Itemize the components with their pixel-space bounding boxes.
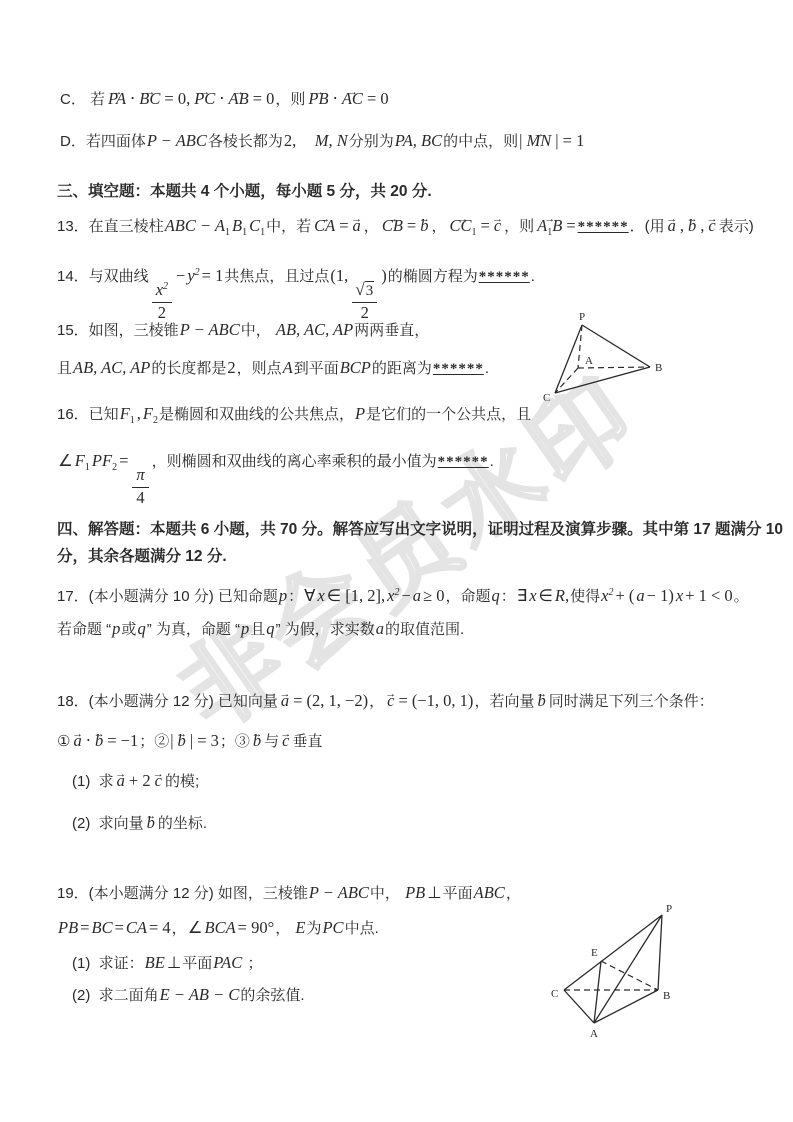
math-run: BCP — [340, 358, 371, 377]
text-run: D．若四面体 — [60, 133, 146, 150]
text-run: ： — [288, 588, 303, 605]
vertex-label-A: A — [590, 1028, 598, 1040]
text-run: 为 — [306, 920, 321, 937]
math-run: BC — [91, 918, 112, 937]
text-run: 同时满足下列三个条件： — [549, 693, 714, 710]
option-c-line: C． 若PA⋅BC= 0,PC⋅AB= 0，则PB⋅AC= 0 — [60, 88, 390, 111]
text-run: ， — [369, 693, 384, 710]
blank-answer-stars: ****** — [578, 219, 629, 235]
vector-with-arrow: c — [154, 770, 163, 792]
text-run: 13．在直三棱柱 — [57, 218, 164, 235]
figure-q19-tetrahedron: P E C B A — [545, 895, 705, 1045]
math-run: R, — [555, 586, 569, 605]
q18-part2-line: (2) 求向量b的坐标. — [72, 812, 207, 835]
text-run: ， — [275, 920, 294, 937]
vertex-label-P: P — [579, 311, 585, 323]
text-run: 的余弦值. — [240, 987, 304, 1004]
text-run: ；② — [139, 733, 169, 750]
vector-with-arrow: b — [252, 730, 262, 752]
fraction-numerator: π — [132, 466, 148, 487]
math-run: PB — [405, 883, 425, 902]
vector-with-arrow: A1B — [536, 215, 563, 237]
math-run: = — [80, 918, 89, 937]
edge-PC — [555, 325, 582, 393]
math-run: ⋅ — [219, 89, 224, 108]
math-run: P − ABC — [147, 131, 207, 150]
math-run: ≥ 0 — [423, 586, 444, 605]
text-run: 分别为 — [349, 133, 394, 150]
vector-with-arrow: a — [280, 690, 290, 712]
text-run: ” 为假，求实数 — [276, 621, 375, 638]
vertex-label-A: A — [585, 355, 593, 367]
vertex-label-B: B — [663, 990, 670, 1002]
vector-with-arrow: a — [72, 730, 82, 752]
option-d-line: D．若四面体P − ABC各棱长都为2, M, N分别为PA, BC的中点，则|… — [60, 130, 585, 153]
vector-with-arrow: b — [419, 215, 429, 237]
text-run: . — [490, 453, 494, 470]
vertex-label-C: C — [543, 392, 550, 404]
fraction-denominator: 4 — [135, 488, 145, 508]
section4-heading-1: 四、解答题：本题共 6 小题，共 70 分。解答应写出文字说明，证明过程及演算步… — [57, 519, 783, 541]
text-run: ，若向量 — [474, 693, 534, 710]
q16-line-2: ∠F1PF2=π4，则椭圆和双曲线的离心率乘积的最小值为******. — [57, 450, 494, 508]
math-run: x2 — [387, 586, 399, 605]
vector-with-arrow: a — [667, 215, 677, 237]
text-run: 的长度都是 — [151, 360, 226, 377]
text-run: (1) 求 — [72, 773, 114, 790]
math-run: M, N — [315, 131, 348, 150]
math-run: = — [407, 216, 416, 235]
text-run: 18．(本小题满分 12 分) 已知向量 — [57, 693, 278, 710]
math-run: = 1 — [202, 266, 224, 285]
vector-with-arrow: PA — [107, 88, 127, 110]
text-run: 19．(本小题满分 12 分) 如图，三棱锥 — [57, 885, 308, 902]
section3-heading: 三、填空题：本题共 4 个小题，每小题 5 分，共 20 分. — [57, 181, 432, 203]
text-run: 使得 — [570, 588, 600, 605]
math-run: C1 — [249, 216, 265, 235]
vector-with-arrow: PC — [193, 88, 216, 110]
q18-part1-line: (1) 求a+ 2c的模; — [72, 770, 199, 793]
text-run: 中，若 — [266, 218, 311, 235]
math-run: PF2 — [92, 451, 117, 470]
text-run: 的取值范围. — [385, 621, 464, 638]
q19-line-2: PB=BC=CA= 4，∠BCA= 90°， E为PC中点. — [57, 917, 379, 940]
edge-PB — [658, 915, 662, 990]
fraction: π4 — [132, 466, 148, 508]
math-run: 2, — [284, 131, 313, 150]
text-run: 且 — [57, 360, 72, 377]
math-run: x — [529, 586, 536, 605]
q17-line-2: 若命题 “p或q” 为真，命题 “p且q” 为假，求实数a的取值范围. — [57, 618, 464, 641]
math-run: | = 3 — [190, 731, 219, 750]
math-run: − 1) — [647, 586, 674, 605]
math-run: ∠ — [188, 918, 203, 937]
vector-with-arrow: b — [536, 690, 546, 712]
vector-with-arrow: c — [493, 215, 502, 237]
edge-EB-dashed — [601, 961, 658, 990]
text-run: 的椭圆方程为 — [388, 268, 478, 285]
math-run: = — [481, 216, 490, 235]
math-run: q — [491, 586, 499, 605]
math-run: ⊥ — [167, 953, 181, 972]
math-run: 4 — [136, 488, 144, 507]
text-run: 14．与双曲线 — [57, 268, 149, 285]
text-run: 与 — [264, 733, 279, 750]
text-run: 共焦点，且过点 — [224, 268, 329, 285]
math-run: = — [115, 918, 124, 937]
text-run: ” 为真，命题 “ — [147, 621, 240, 638]
math-run: , — [137, 404, 141, 423]
text-run: 的距离为 — [372, 360, 432, 377]
math-run: PB — [58, 918, 78, 937]
q18-line-1: 18．(本小题满分 12 分) 已知向量a= (2, 1, −2)，c= (−1… — [57, 690, 714, 713]
math-run: + 1 < 0 — [685, 586, 733, 605]
math-run: | = 1 — [555, 131, 584, 150]
q19-part2-line: (2) 求二面角E − AB − C的余弦值. — [72, 984, 305, 1007]
edge-CB — [555, 367, 650, 393]
text-run: ．(用 — [630, 218, 665, 235]
math-run: q — [266, 619, 274, 638]
text-run: ， — [431, 218, 446, 235]
heading-text-run: 四、解答题：本题共 6 小题，共 70 分。解答应写出文字说明，证明过程及演算步… — [57, 521, 783, 538]
vertex-label-P: P — [666, 903, 672, 915]
q15-line-1: 15．如图，三棱锥P − ABC中， AB, AC, AP两两垂直， — [57, 319, 429, 342]
math-run: = — [566, 216, 575, 235]
math-run: B1 — [232, 216, 247, 235]
math-run: 2 — [227, 358, 235, 377]
text-run: 且 — [250, 621, 265, 638]
math-run: ∀ — [304, 586, 315, 605]
text-run: ： — [501, 588, 516, 605]
math-run: A — [283, 358, 293, 377]
math-run: x2 — [601, 586, 613, 605]
figure-q15-tetrahedron: P A B C — [535, 300, 725, 410]
math-run: π — [136, 465, 144, 484]
math-run: BE — [145, 953, 165, 972]
fraction: 32 — [352, 281, 377, 323]
text-run: ， — [506, 885, 521, 902]
edge-PA — [594, 915, 662, 1023]
text-run: 或 — [121, 621, 136, 638]
math-run: ABC — [474, 883, 505, 902]
math-run: F2 — [143, 404, 158, 423]
vector-with-arrow: AC — [341, 88, 364, 110]
math-run: = 0 — [253, 89, 275, 108]
text-run: 平面 — [443, 885, 473, 902]
math-run: ) — [381, 266, 387, 285]
math-run: = 90° — [238, 918, 275, 937]
q14-line: 14．与双曲线x22−y2= 1共焦点，且过点(1,32)的椭圆方程为*****… — [57, 265, 535, 323]
text-run: 15．如图，三棱锥 — [57, 322, 179, 339]
math-run: x — [676, 586, 683, 605]
math-run: − — [176, 266, 185, 285]
math-run: E — [295, 918, 305, 937]
text-run: 的中点，则 — [443, 133, 518, 150]
math-run: y2 — [187, 266, 199, 285]
vector-with-arrow: a — [352, 215, 362, 237]
math-run: + ( — [615, 586, 634, 605]
math-run: = 0, — [164, 89, 190, 108]
math-run: ∠ — [58, 451, 73, 470]
text-run: ，则椭圆和双曲线的离心率乘积的最小值为 — [152, 453, 437, 470]
text-run: 表示) — [719, 218, 754, 235]
heading-text-run: 三、填空题：本题共 4 个小题，每小题 5 分，共 20 分. — [57, 183, 432, 200]
blank-answer-stars: ****** — [433, 361, 484, 377]
text-run: 17．(本小题满分 10 分) 已知命题 — [57, 588, 278, 605]
text-run: 各棱长都为 — [208, 133, 283, 150]
fraction-numerator: 3 — [352, 281, 377, 303]
vector-with-arrow: b — [687, 215, 697, 237]
edge-AB-dashed — [578, 367, 650, 368]
section4-heading-2: 分，其余各题满分 12 分. — [57, 546, 227, 568]
vector-with-arrow: c — [707, 215, 716, 237]
vector-with-arrow: PB — [307, 88, 329, 110]
math-run: ABC − A1 — [165, 216, 230, 235]
math-run: ∈ [1, 2], — [327, 586, 385, 605]
text-run: . — [485, 360, 489, 377]
text-run: 的坐标. — [158, 815, 207, 832]
vector-with-arrow: c — [386, 690, 395, 712]
math-run: a — [413, 586, 421, 605]
math-run: PA, BC — [395, 131, 442, 150]
text-run: 16．已知 — [57, 406, 119, 423]
vertex-label-B: B — [655, 362, 662, 374]
math-run: = (−1, 0, 1) — [398, 691, 473, 710]
text-run: 平面 — [182, 955, 212, 972]
math-run: = 0 — [367, 89, 389, 108]
math-run: AB, AC, AP — [73, 358, 150, 377]
math-run: x — [317, 586, 324, 605]
text-run: (2) 求向量 — [72, 815, 144, 832]
math-run: p — [279, 586, 287, 605]
vector-with-arrow: c — [281, 730, 290, 752]
edge-AB — [594, 990, 658, 1023]
q19-line-1: 19．(本小题满分 12 分) 如图，三棱锥P − ABC中， PB⊥平面ABC… — [57, 882, 521, 905]
q17-line-1: 17．(本小题满分 10 分) 已知命题p：∀x∈ [1, 2],x2−a≥ 0… — [57, 585, 749, 608]
math-run: = — [339, 216, 348, 235]
vector-with-arrow: a — [116, 770, 126, 792]
vector-with-arrow: AB — [228, 88, 250, 110]
text-run: ， — [172, 920, 187, 937]
vector-with-arrow: b — [177, 730, 187, 752]
math-run: x2 — [156, 280, 168, 299]
text-run: . — [531, 268, 535, 285]
q16-line-1: 16．已知F1,F2是椭圆和双曲线的公共焦点，P是它们的一个公共点，且 — [57, 403, 531, 426]
math-run: CA — [126, 918, 147, 937]
math-run: q — [137, 619, 145, 638]
math-run: p — [112, 619, 120, 638]
fraction-numerator: x2 — [152, 281, 172, 302]
exam-page: 非会员水印 C． 若PA⋅BC= 0,PC⋅AB= 0，则PB⋅AC= 0D．若… — [0, 0, 793, 1122]
text-run: ① — [57, 733, 70, 750]
math-run: P — [355, 404, 365, 423]
vector-with-arrow: CA — [313, 215, 336, 237]
math-run: , — [700, 216, 704, 235]
math-run: (1, — [330, 266, 348, 285]
math-run: AB, AC, AP — [276, 320, 353, 339]
math-run: ∈ — [539, 586, 553, 605]
square-root: 3 — [355, 281, 374, 301]
vector-with-arrow: CC1 — [448, 215, 477, 237]
math-run: BCA — [204, 918, 235, 937]
math-run: P − ABC — [309, 883, 369, 902]
math-run: = −1 — [107, 731, 138, 750]
math-run: | — [519, 131, 522, 150]
text-run: 中， — [241, 322, 275, 339]
text-run: 是椭圆和双曲线的公共焦点， — [159, 406, 354, 423]
vector-with-arrow: BC — [138, 88, 161, 110]
radicand: 3 — [365, 281, 375, 301]
text-run: ，命题 — [445, 588, 490, 605]
math-run: E − AB − C — [160, 985, 240, 1004]
text-run: 的模; — [165, 773, 199, 790]
fraction: x22 — [152, 281, 172, 323]
math-run: F1 — [120, 404, 135, 423]
edge-CP — [564, 915, 662, 990]
q19-part1-line: (1) 求证：BE⊥平面PAC ； — [72, 952, 262, 975]
math-run: = — [119, 451, 128, 470]
math-run: = (2, 1, −2) — [293, 691, 368, 710]
math-run: , — [680, 216, 684, 235]
text-run: ，则 — [275, 91, 305, 108]
text-run: 若命题 “ — [57, 621, 111, 638]
text-run: 中， — [370, 885, 404, 902]
vector-with-arrow: b — [146, 812, 156, 834]
text-run: (2) 求二面角 — [72, 987, 159, 1004]
math-run: = 4 — [149, 918, 171, 937]
text-run: 中点. — [345, 920, 379, 937]
text-run: ， — [364, 218, 379, 235]
math-run: ⊥ — [427, 883, 441, 902]
edge-AC — [564, 990, 594, 1023]
blank-answer-stars: ****** — [479, 269, 530, 285]
blank-answer-stars: ****** — [438, 454, 489, 470]
math-run: ⋅ — [86, 731, 91, 750]
text-run: 是它们的一个公共点，且 — [366, 406, 531, 423]
text-run: ，则 — [504, 218, 534, 235]
math-run: − — [401, 586, 410, 605]
text-run: ，则点 — [237, 360, 282, 377]
text-run: 到平面 — [294, 360, 339, 377]
heading-text-run: 分，其余各题满分 12 分. — [57, 548, 227, 565]
text-run: 两两垂直， — [354, 322, 429, 339]
math-run: ∃ — [517, 586, 527, 605]
vertex-label-E: E — [591, 947, 598, 959]
math-run: | — [170, 731, 173, 750]
math-run: PC — [322, 918, 343, 937]
text-run: 。 — [734, 588, 749, 605]
vertex-label-C: C — [551, 988, 558, 1000]
q13-line: 13．在直三棱柱ABC − A1B1C1中，若CA=a，CB=b，CC1=c，则… — [57, 215, 754, 238]
text-run: ；③ — [220, 733, 250, 750]
math-run: F1 — [75, 451, 90, 470]
math-run: p — [241, 619, 249, 638]
math-run: ⋅ — [130, 89, 135, 108]
math-run: a — [376, 619, 384, 638]
math-run: PAC — [213, 953, 242, 972]
vector-with-arrow: MN — [525, 130, 552, 152]
text-run: C． 若 — [60, 91, 105, 108]
math-run: P − ABC — [180, 320, 240, 339]
text-run: ； — [243, 955, 262, 972]
math-run: a — [636, 586, 644, 605]
math-run: ⋅ — [333, 89, 338, 108]
vector-with-arrow: CB — [381, 215, 404, 237]
q18-conditions-line: ①a⋅b= −1；②|b| = 3；③b与c垂直 — [57, 730, 323, 753]
math-run: + 2 — [129, 771, 151, 790]
vector-with-arrow: b — [94, 730, 104, 752]
text-run: 垂直 — [293, 733, 323, 750]
q15-line-2: 且AB, AC, AP的长度都是2，则点A到平面BCP的距离为******. — [57, 357, 489, 380]
text-run: (1) 求证： — [72, 955, 144, 972]
